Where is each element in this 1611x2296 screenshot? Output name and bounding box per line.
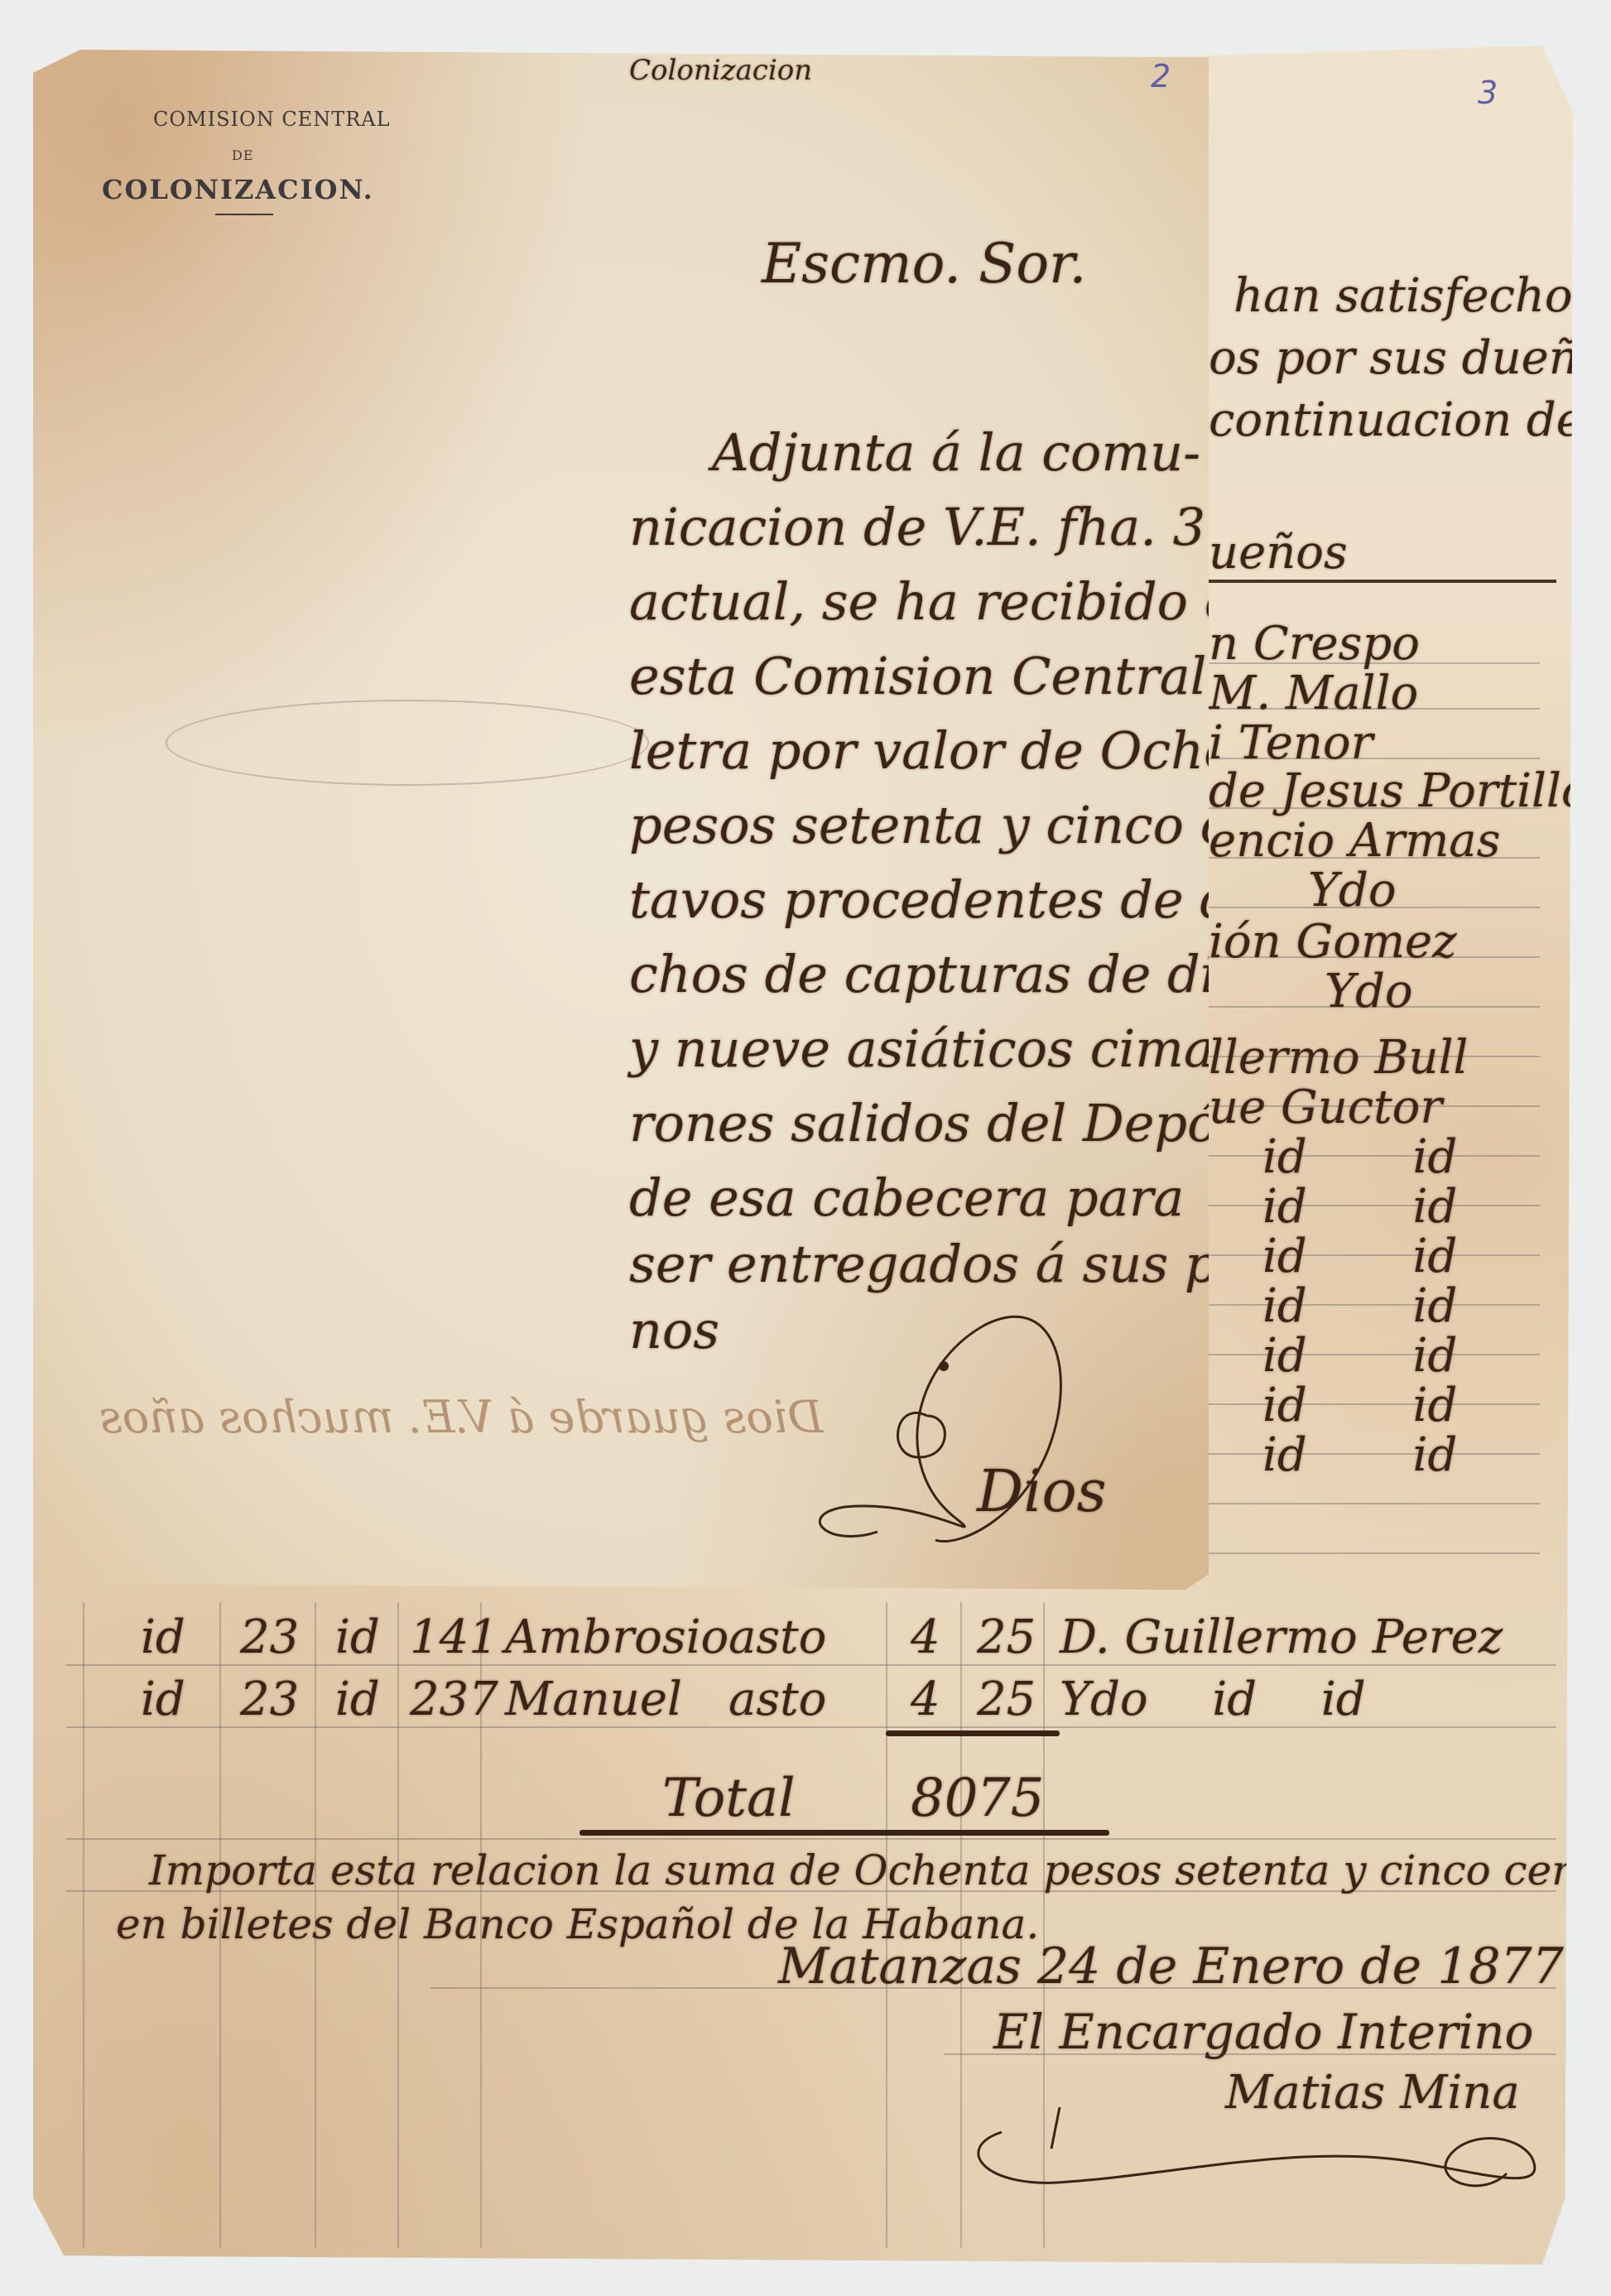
cell-col3: id: [335, 1673, 380, 1726]
body-line: y nueve asiáticos cimar-: [629, 1018, 1257, 1079]
place-date: Matanzas 24 de Enero de 1877: [778, 1937, 1564, 1995]
cell-pesos: 4: [911, 1673, 940, 1726]
owner-entry: id id: [1262, 1130, 1457, 1184]
cell-col2: 23: [240, 1673, 299, 1726]
bleed-through-text: Dios guarde á V.E. muchos años: [99, 1391, 823, 1443]
owner-entry: id id: [1262, 1428, 1457, 1482]
signature-flourish: [969, 2099, 1565, 2215]
signature-title: El Encargado Interino: [993, 2004, 1533, 2060]
body-line: pesos setenta y cinco cen-: [629, 795, 1310, 855]
cell-owner: D. Guillermo Perez: [1060, 1610, 1503, 1664]
body-line: chos de capturas de diez: [629, 944, 1274, 1004]
letterhead-line-1: COMISION CENTRAL: [153, 108, 391, 131]
cell-col1: id: [141, 1610, 185, 1664]
letterhead-divider: [215, 214, 273, 215]
owner-entry: id id: [1262, 1279, 1457, 1333]
column-rule: [83, 1602, 84, 2248]
cell-col1: id: [141, 1673, 185, 1726]
body-line: actual, se ha recibido en: [629, 571, 1267, 632]
ledger-rule: [66, 1726, 1556, 1728]
closing: Dios: [977, 1457, 1107, 1525]
total-cents: 75: [977, 1768, 1044, 1829]
letterhead-line-3: COLONIZACION.: [102, 174, 374, 205]
cell-name: Manuel: [505, 1673, 682, 1726]
cell-origin: asto: [729, 1610, 826, 1664]
fragment-line: os por sus dueños: [1209, 331, 1611, 385]
cell-origin: asto: [729, 1673, 826, 1726]
pencil-oval: [166, 700, 649, 786]
owner-entry: id id: [1262, 1230, 1457, 1283]
body-line: nicacion de V.E. fha. 3 del: [629, 497, 1301, 557]
owner-entry: encio Armas: [1209, 814, 1500, 868]
page-number-3: 3: [1478, 75, 1498, 111]
owner-entry: ión Gomez: [1209, 915, 1457, 969]
cell-col3: id: [335, 1610, 380, 1664]
page-number-2: 2: [1151, 58, 1171, 94]
ledger-rule: [66, 1838, 1556, 1840]
cell-cents: 25: [977, 1673, 1036, 1726]
letter-sheet: 2 Colonizacion COMISION CENTRAL DE COLON…: [33, 50, 1209, 1590]
section-heading: ueños: [1209, 526, 1348, 580]
owner-entry: Ydo: [1325, 965, 1413, 1018]
owner-entry: Ydo: [1308, 864, 1397, 917]
owner-entry: llermo Bull: [1209, 1031, 1468, 1085]
letterhead-line-2: DE: [232, 147, 254, 163]
total-label: Total: [662, 1768, 796, 1829]
body-line: Adjunta á la comu-: [712, 422, 1200, 483]
owner-entry: id id: [1262, 1180, 1457, 1234]
body-line: de esa cabecera para: [629, 1167, 1184, 1228]
fragment-line: continuacion desig: [1209, 393, 1611, 447]
ledger-rule: [66, 1664, 1556, 1666]
ledger-rule: [1209, 1552, 1540, 1554]
cell-name: Ambrosio: [505, 1610, 729, 1664]
closing-flourish: [778, 1300, 1151, 1581]
body-line: nos: [629, 1300, 719, 1360]
fragment-line: han satisfecho: [1233, 269, 1573, 323]
cell-col2: 23: [240, 1610, 299, 1664]
owner-entry: n Crespo: [1209, 617, 1420, 671]
total-underline: [579, 1830, 1109, 1836]
owner-entry: id id: [1262, 1379, 1457, 1432]
owner-entry: i Tenor: [1209, 716, 1373, 770]
sum-underline: [886, 1730, 1060, 1736]
heading-rule: [1209, 580, 1556, 583]
ledger-rule: [1209, 1503, 1540, 1504]
cell-owner: Ydo id id: [1060, 1673, 1366, 1726]
top-annotation: Colonizacion: [629, 54, 812, 87]
cell-col4: 237: [410, 1673, 498, 1726]
owner-entry: id id: [1262, 1329, 1457, 1383]
summary-line-1: Importa esta relacion la suma de Ochenta…: [149, 1846, 1611, 1894]
cell-cents: 25: [977, 1610, 1036, 1664]
owner-entry: ue Guctor: [1209, 1081, 1442, 1134]
salutation: Escmo. Sor.: [762, 232, 1086, 296]
owner-entry: de Jesus Portillo: [1209, 764, 1589, 818]
total-pesos: 80: [911, 1768, 978, 1829]
cell-pesos: 4: [911, 1610, 940, 1664]
cell-col4: 141: [410, 1610, 498, 1664]
owner-entry: M. Mallo: [1209, 667, 1418, 720]
